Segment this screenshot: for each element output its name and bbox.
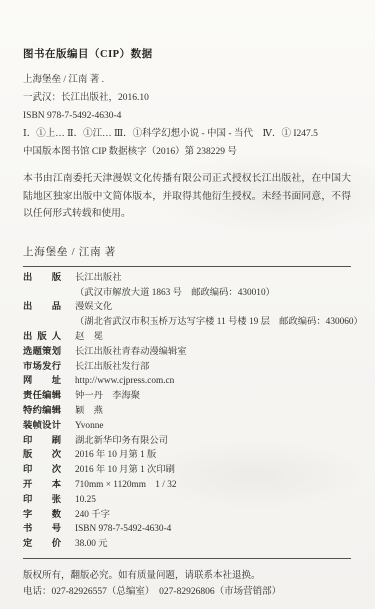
row-value: 漫娱文化 [75,300,112,315]
row-label: 出版人 [23,330,61,345]
row-value: 2016 年 10 月第 1 次印刷 [75,463,175,478]
row-note: （武汉市解放大道 1863 号 邮政编码：430010） [23,286,351,301]
row-value: 长江出版社青春动漫编辑室 [75,345,187,360]
table-row: 特约编辑颖 燕 [23,404,351,419]
row-value: 赵 冕 [75,330,103,345]
colophon-table: 出版长江出版社 （武汉市解放大道 1863 号 邮政编码：430010） 出品漫… [23,271,351,552]
table-row: 出版长江出版社 [23,271,351,286]
table-row: 出品漫娱文化 [23,300,351,315]
authorization-paragraph: 本书由江南委托天津漫娱文化传播有限公司正式授权长江出版社，在中国大陆地区独家出版… [23,170,351,223]
cip-line-isbn: ISBN 978-7-5492-4630-4 [23,107,351,125]
row-label: 版次 [23,448,61,463]
row-label: 选题策划 [23,345,61,360]
table-row: 字数240 千字 [23,508,351,523]
row-label: 书号 [23,522,61,537]
row-label: 出品 [23,300,61,315]
table-row: 开本710mm × 1120mm 1 / 32 [23,478,351,493]
row-label: 装帧设计 [23,419,61,434]
row-value: 钟一丹 李海聚 [75,389,140,404]
row-label: 特约编辑 [23,404,61,419]
row-value: 240 千字 [75,508,110,523]
row-value: ISBN 978-7-5492-4630-4 [75,522,171,537]
row-label: 开本 [23,478,61,493]
row-label: 定价 [23,537,61,552]
colophon-title: 上海堡垒 / 江南 著 [23,244,351,267]
table-row: 书号ISBN 978-7-5492-4630-4 [23,522,351,537]
table-row: 印张10.25 [23,493,351,508]
row-value: 2016 年 10 月第 1 版 [75,448,156,463]
row-value: 颖 燕 [75,404,103,419]
table-row: 装帧设计Yvonne [23,419,351,434]
row-value: 湖北新华印务有限公司 [75,434,168,449]
divider [23,558,351,559]
row-note: （湖北省武汉市积玉桥万达写字楼 11 号楼 19 层 邮政编码：430060） [23,315,351,330]
footer: 版权所有，翻版必究。如有质量问题，请联系本社退换。 电话：027-8292655… [23,568,351,601]
row-value: http://www.cjpress.com.cn [75,374,174,389]
row-label: 字数 [23,508,61,523]
row-label: 网址 [23,374,61,389]
cip-line-classification: Ⅰ．①上… Ⅱ．①江… Ⅲ．①科学幻想小说 - 中国 - 当代 Ⅳ．① I247… [23,125,351,143]
table-row: 定价38.00 元 [23,537,351,552]
row-value: 长江出版社发行部 [75,360,149,375]
table-row: 选题策划长江出版社青春动漫编辑室 [23,345,351,360]
table-row: 印刷湖北新华印务有限公司 [23,434,351,449]
row-label: 印张 [23,493,61,508]
copyright-page: 图书在版编目（CIP）数据 上海堡垒 / 江南 著 . 一武汉：长江出版社，20… [0,0,375,609]
table-row: 版次2016 年 10 月第 1 版 [23,448,351,463]
cip-section: 上海堡垒 / 江南 著 . 一武汉：长江出版社，2016.10 ISBN 978… [23,71,351,161]
row-value: Yvonne [75,419,104,434]
row-label: 印刷 [23,434,61,449]
contact-phones: 电话：027-82926557（总编室） 027-82926806（市场营销部） [23,584,351,601]
row-value: 10.25 [75,493,96,508]
row-label: 出版 [23,271,61,286]
row-value: 710mm × 1120mm 1 / 32 [75,478,177,493]
row-label: 市场发行 [23,360,61,375]
table-row: 网址http://www.cjpress.com.cn [23,374,351,389]
row-value: 长江出版社 [75,271,122,286]
table-row: 市场发行长江出版社发行部 [23,360,351,375]
table-row: 印次2016 年 10 月第 1 次印刷 [23,463,351,478]
cip-line-publisher: 一武汉：长江出版社，2016.10 [23,89,351,107]
row-label: 印次 [23,463,61,478]
table-row: 出版人赵 冕 [23,330,351,345]
row-label: 责任编辑 [23,389,61,404]
cip-line-title: 上海堡垒 / 江南 著 . [23,71,351,89]
copyright-notice: 版权所有，翻版必究。如有质量问题，请联系本社退换。 [23,568,351,585]
table-row: 责任编辑钟一丹 李海聚 [23,389,351,404]
cip-header: 图书在版编目（CIP）数据 [23,46,351,61]
cip-line-record-number: 中国版本图书馆 CIP 数据核字（2016）第 238229 号 [23,143,351,161]
row-value: 38.00 元 [75,537,108,552]
